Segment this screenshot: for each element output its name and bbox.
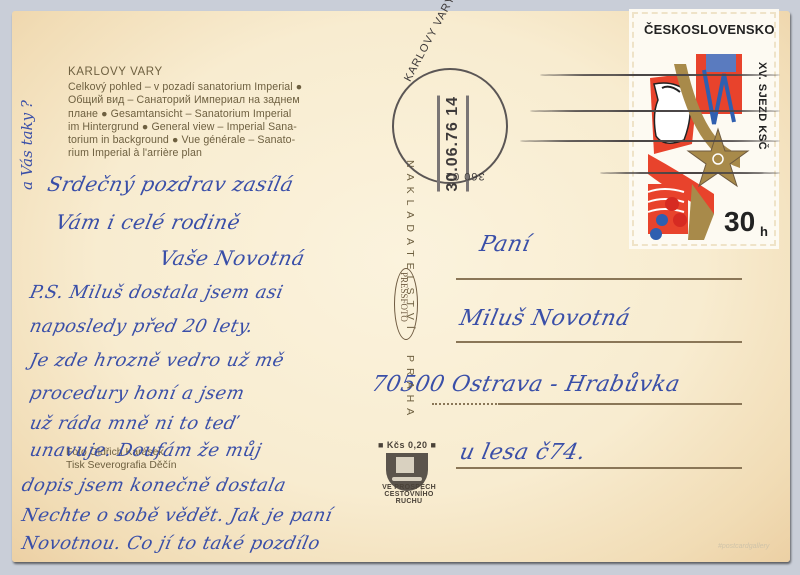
message-line: Vám i celé rodině: [53, 210, 242, 234]
message-line: Novotnou. Co jí to také pozdílo: [20, 533, 322, 554]
postage-stamp: ČESKOSLOVENSKO XV. SJEZD KSČ 30 h: [632, 12, 776, 246]
message-line: dopis jsem konečně dostala: [20, 475, 288, 496]
caption-line: rium Imperial à l'arrière plan: [68, 147, 368, 160]
tourism-tax-stamp: ■ Kčs 0,20 ■ VE PROSPĚCH CESTOVNÍHO RUCH…: [372, 440, 442, 505]
address-street: u lesa č74.: [457, 440, 588, 465]
postcode-dotted-line: [432, 403, 500, 405]
address-line: [456, 278, 742, 280]
tax-price: ■ Kčs 0,20 ■: [378, 440, 436, 450]
pressfoto-logo-text: PRESSFOTO: [399, 272, 409, 322]
message-line: Vaše Novotná: [157, 246, 307, 270]
message-line: už ráda mně ni to teď: [28, 413, 238, 434]
watermark: #postcardgallery: [718, 543, 769, 550]
message-line: unavuje. Doufám že můj: [28, 440, 264, 461]
message-line: P.S. Miluš dostala jsem asi: [28, 282, 286, 303]
publisher-city: PRAHA: [404, 355, 416, 421]
caption-line: Общий вид – Санаторий Империал на заднем: [68, 94, 368, 107]
message-line: procedury honí a jsem: [28, 383, 247, 404]
message-line: naposledy před 20 lety.: [28, 316, 256, 337]
photo-caption: KARLOVY VARY Celkový pohled – v pozadí s…: [68, 66, 368, 160]
message-line: Srdečný pozdrav zasílá: [45, 172, 296, 196]
cancellation-wave: [530, 110, 780, 112]
message-line: Je zde hrozně vedro už mě: [28, 350, 286, 371]
message-line: Nechte o sobě vědět. Jak je paní: [20, 505, 334, 526]
address-line: [456, 341, 742, 343]
pressfoto-logo: PRESSFOTO: [394, 268, 418, 340]
tax-ring-text: VE PROSPĚCH CESTOVNÍHO RUCHU: [376, 484, 442, 505]
caption-line: torium in background ● Vue générale – Sa…: [68, 134, 368, 147]
cancellation-wave: [600, 172, 780, 174]
address-name: Miluš Novotná: [457, 306, 632, 331]
caption-line: Celkový pohled – v pozadí sanatorium Imp…: [68, 81, 368, 94]
address-line: [456, 467, 742, 469]
side-note: a Vás taky ?: [18, 100, 36, 190]
stamp-value: 30: [724, 206, 755, 238]
caption-title: KARLOVY VARY: [68, 66, 368, 79]
address-city: 70500 Ostrava - Hrabůvka: [369, 372, 682, 397]
cancellation-wave: [520, 140, 780, 142]
cancellation-wave: [540, 74, 780, 76]
stamp-country: ČESKOSLOVENSKO: [644, 22, 764, 37]
stamp-value-unit: h: [760, 224, 768, 239]
postmark-zip: 360 02: [445, 170, 485, 182]
address-line: [500, 403, 742, 405]
caption-line: плане ● Gesamtansicht – Sanatorium Imper…: [68, 108, 368, 121]
caption-line: im Hintergrund ● General view – Imperial…: [68, 121, 368, 134]
address-salutation: Paní: [477, 232, 532, 257]
stamp-value-number: 30: [724, 206, 755, 237]
